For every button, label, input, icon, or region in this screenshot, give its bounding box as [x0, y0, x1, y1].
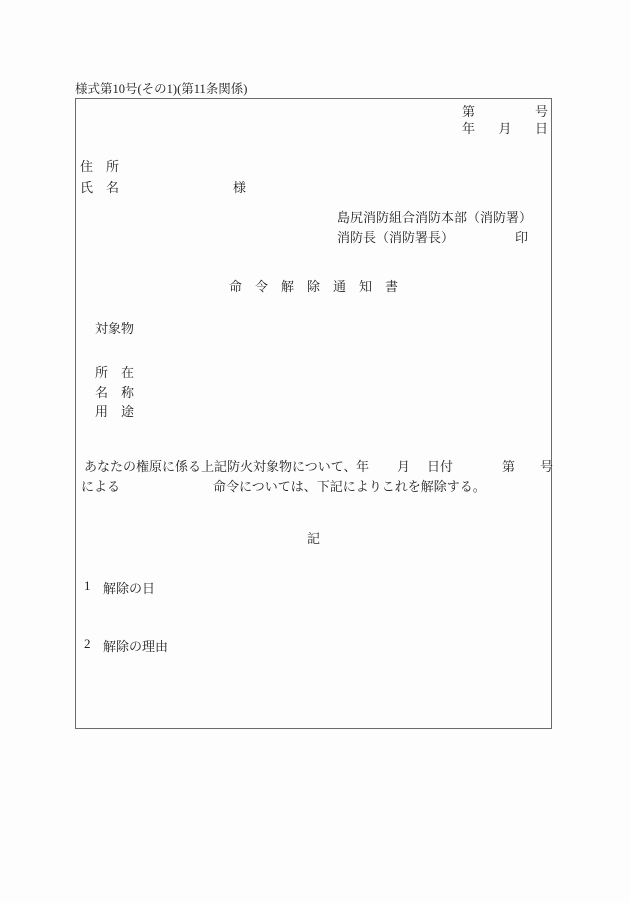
document-border-box: 第 号 年 月 日 住 所 氏 名 様 島尻消防組合消防本部（消防署） 消防長（… [75, 98, 552, 729]
issuer-seal-mark: 印 [515, 227, 528, 246]
issuer-title: 消防長（消防署長） [337, 227, 454, 246]
date-day-label: 日 [535, 118, 548, 137]
form-number-label: 様式第10号(その1)(第11条関係) [75, 79, 247, 97]
list-item-text: 解除の日 [103, 578, 155, 597]
list-item: 2 解除の理由 [76, 636, 551, 654]
body-line1-year: 年 [356, 456, 369, 475]
list-item: 1 解除の日 [76, 578, 551, 596]
body-line1-month: 月 [397, 456, 410, 475]
list-item-number: 1 [84, 578, 91, 594]
body-line2-rest: 命令については、下記によりこれを解除する。 [213, 476, 486, 495]
body-line2-lead: による [81, 476, 120, 495]
recipient-address-label: 住 所 [80, 156, 119, 175]
body-line-1: あなたの権原に係る上記防火対象物について、 年 月 日付 第 号 [76, 456, 551, 474]
document-title: 命 令 解 除 通 知 書 [76, 276, 551, 295]
property-name-label: 名 称 [95, 382, 134, 401]
list-item-number: 2 [84, 636, 91, 652]
body-line1-day: 日付 [427, 456, 453, 475]
body-line-2: による 命令については、下記によりこれを解除する。 [76, 476, 551, 494]
date-year-label: 年 [462, 118, 475, 137]
body-line1-no-prefix: 第 [502, 456, 515, 475]
doc-date-row: 年 月 日 [462, 118, 548, 137]
property-location-label: 所 在 [95, 362, 134, 381]
property-use-label: 用 途 [95, 401, 134, 420]
document-page: 様式第10号(その1)(第11条関係) 第 号 年 月 日 住 所 氏 名 様 … [0, 0, 630, 903]
body-line1-main: あなたの権原に係る上記防火対象物について、 [84, 456, 356, 475]
date-month-label: 月 [498, 118, 511, 137]
issuer-organization: 島尻消防組合消防本部（消防署） [337, 207, 532, 226]
body-line1-no-suffix: 号 [540, 456, 553, 475]
recipient-name-label: 氏 名 [80, 177, 119, 196]
ki-section-label: 記 [76, 528, 551, 547]
recipient-honorific: 様 [233, 177, 246, 196]
list-item-text: 解除の理由 [103, 636, 168, 655]
property-section-label: 対象物 [95, 318, 134, 337]
